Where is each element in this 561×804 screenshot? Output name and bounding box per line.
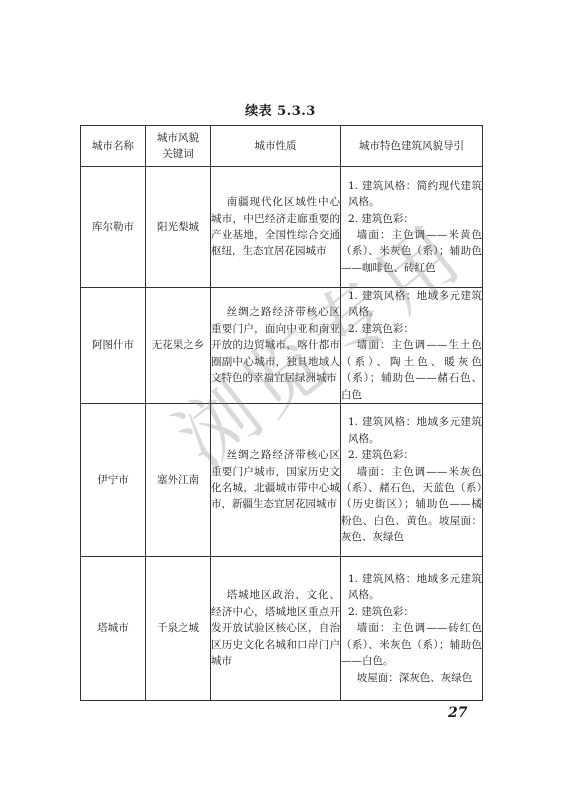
table-header-row: 城市名称 城市风貌 关键词 城市性质 城市特色建筑风貌导引 [81, 126, 483, 167]
header-city-nature: 城市性质 [211, 126, 341, 167]
header-keyword: 城市风貌 关键词 [146, 126, 211, 167]
table-row: 库尔勒市 阳光梨城 南疆现代化区域性中心城市，中巴经济走廊重要的产业基地，全国性… [81, 167, 483, 288]
city-nature-text: 塔城地区政治、文化、经济中心，塔城地区重点开发开放试验区核心区，自治区历史文化名… [211, 587, 340, 669]
city-name: 库尔勒市 [81, 167, 146, 288]
city-nature-text: 丝绸之路经济带核心区重要门户，面向中亚和南亚开放的边贸城市，喀什都市圈副中心城市… [211, 304, 340, 386]
city-nature-text: 南疆现代化区域性中心城市，中巴经济走廊重要的产业基地，全国性综合交通枢纽，生态宜… [211, 194, 340, 260]
guide-color-title: 2. 建筑色彩： [341, 604, 482, 620]
header-keyword-line1: 城市风貌 [157, 132, 199, 144]
guide-color-title: 2. 建筑色彩： [341, 321, 482, 337]
guide-roof-color: 坡屋面：深灰色、灰绿色 [341, 670, 482, 686]
page-number: 27 [448, 705, 467, 721]
city-keyword: 无花果之乡 [146, 288, 211, 404]
city-nature-text: 丝绸之路经济带核心区重要门户城市，国家历史文化名城，北疆城市带中心城市，新疆生态… [211, 447, 340, 513]
table-row: 伊宁市 塞外江南 丝绸之路经济带核心区重要门户城市，国家历史文化名城，北疆城市带… [81, 404, 483, 557]
guide-color-title: 2. 建筑色彩： [341, 447, 482, 463]
guide-style: 1. 建筑风格：地域多元建筑风格。 [341, 288, 482, 321]
header-style-guide: 城市特色建筑风貌导引 [341, 126, 483, 167]
guide-wall-color: 墙面：主色调——米黄色（系）、米灰色（系）；辅助色——咖啡色、砖红色 [341, 227, 482, 276]
style-guide: 1. 建筑风格：地域多元建筑风格。 2. 建筑色彩： 墙面：主色调——生土色（系… [341, 288, 483, 404]
city-name: 伊宁市 [81, 404, 146, 557]
city-nature: 丝绸之路经济带核心区重要门户，面向中亚和南亚开放的边贸城市，喀什都市圈副中心城市… [211, 288, 341, 404]
header-keyword-line2: 关键词 [162, 148, 194, 160]
guide-color-title: 2. 建筑色彩： [341, 211, 482, 227]
city-keyword: 千泉之城 [146, 557, 211, 701]
city-name: 阿图什市 [81, 288, 146, 404]
city-keyword: 塞外江南 [146, 404, 211, 557]
style-guide: 1. 建筑风格：地域多元建筑风格。 2. 建筑色彩： 墙面：主色调——砖红色（系… [341, 557, 483, 701]
city-nature: 南疆现代化区域性中心城市，中巴经济走廊重要的产业基地，全国性综合交通枢纽，生态宜… [211, 167, 341, 288]
guide-wall-color: 墙面：主色调——砖红色（系）、米灰色（系）；辅助色——白色。 [341, 620, 482, 669]
table-row: 塔城市 千泉之城 塔城地区政治、文化、经济中心，塔城地区重点开发开放试验区核心区… [81, 557, 483, 701]
city-nature: 丝绸之路经济带核心区重要门户城市，国家历史文化名城，北疆城市带中心城市，新疆生态… [211, 404, 341, 557]
guide-style: 1. 建筑风格：地域多元建筑风格。 [341, 571, 482, 604]
header-city-name: 城市名称 [81, 126, 146, 167]
city-style-table: 城市名称 城市风貌 关键词 城市性质 城市特色建筑风貌导引 库尔勒市 阳光梨城 … [80, 125, 483, 701]
city-name: 塔城市 [81, 557, 146, 701]
style-guide: 1. 建筑风格：简约现代建筑风格。 2. 建筑色彩： 墙面：主色调——米黄色（系… [341, 167, 483, 288]
guide-style: 1. 建筑风格：简约现代建筑风格。 [341, 178, 482, 211]
guide-wall-color: 墙面：主色调——米灰色（系）、赭石色，天蓝色（系）（历史街区）；辅助色——橘粉色… [341, 464, 482, 546]
city-keyword: 阳光梨城 [146, 167, 211, 288]
table-caption: 续表 5.3.3 [0, 100, 561, 119]
table-row: 阿图什市 无花果之乡 丝绸之路经济带核心区重要门户，面向中亚和南亚开放的边贸城市… [81, 288, 483, 404]
guide-style: 1. 建筑风格：地域多元建筑风格。 [341, 414, 482, 447]
guide-wall-color: 墙面：主色调——生土色（系）、陶土色、暖灰色（系）；辅助色——赭石色、白色 [341, 337, 482, 403]
style-guide: 1. 建筑风格：地域多元建筑风格。 2. 建筑色彩： 墙面：主色调——米灰色（系… [341, 404, 483, 557]
city-nature: 塔城地区政治、文化、经济中心，塔城地区重点开发开放试验区核心区，自治区历史文化名… [211, 557, 341, 701]
